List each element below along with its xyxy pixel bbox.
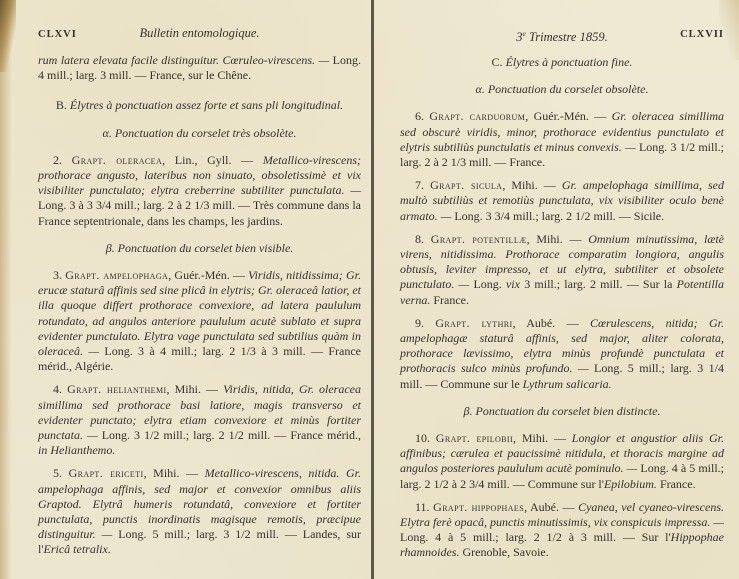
text-segment: , Lin., Gyll. — [162,153,263,167]
text-segment: β. Ponctuation du corselet bien visible. [106,241,294,255]
species-entry: 7. Grapt. sicula, Mihi. — Gr. ampelophag… [400,178,724,224]
text-segment: , Mihi. — [144,466,205,480]
text-segment: Lythrum salicaria. [523,377,612,391]
species-entry: 11. Grapt. hippophaes, Aubé. — Cyanea, v… [400,500,724,561]
text-segment: , Mihi. — [167,382,224,396]
text-segment: Grapt. potentillæ [431,232,527,246]
text-segment: , Aubé. — [513,316,590,330]
text-segment: , Mihi. — [513,431,572,445]
text-segment: 5. [53,466,69,480]
right-page-header: 3e Trimestre 1859. CLXVII [400,26,724,42]
text-segment: in Helianthemo. [38,443,115,457]
text-segment: 11. [415,500,433,514]
text-segment: Grapt. lythri [435,316,512,330]
text-segment: Trimestre 1859. [526,30,608,44]
scan-corner-shadow [0,0,16,72]
text-segment: 7. [415,178,430,192]
text-segment: β. Ponctuation du corselet bien distinct… [464,404,661,418]
right-page-body: C. Élytres à ponctuation fine.α. Ponctua… [400,55,724,561]
left-running-title: Bulletin entomologique. [139,26,259,40]
right-running-title: 3e Trimestre 1859. [516,30,607,44]
text-segment: , Guér.-Mén. — [168,268,248,282]
text-segment: Long. 3 à 3 3/4 mill.; larg. 2 à 2 1/3 m… [38,198,361,227]
species-entry: 8. Grapt. potentillæ, Mihi. — Omnium min… [400,232,724,308]
species-entry: 4. Grapt. helianthemi, Mihi. — Viridis, … [38,382,361,458]
text-segment: Grenoble, Savoie. [459,545,548,559]
scan-corner-tint [719,0,739,60]
text-segment: Grapt. epilobii [436,431,513,445]
left-page: CLXVI Bulletin entomologique. rum latera… [0,0,371,579]
text-segment: 3 mill.; larg. 2 mill. — Sur la [520,277,677,291]
section-heading: C. Élytres à ponctuation fine. [400,55,724,70]
text-segment: 9. [415,316,435,330]
species-entry: 9. Grapt. lythri, Aubé. — Cœrulescens, n… [400,316,724,392]
text-segment: B. [56,98,70,112]
text-segment: , Aubé. — [524,500,578,514]
left-page-header: CLXVI Bulletin entomologique. [38,26,361,42]
text-segment: Grapt. carduorum [429,109,525,123]
text-segment: , Mihi. — [527,232,589,246]
subsection-heading: β. Ponctuation du corselet bien visible. [38,241,361,256]
right-page: 3e Trimestre 1859. CLXVII C. Élytres à p… [374,0,739,579]
subsection-heading: α. Ponctuation du corselet très obsolète… [38,126,361,141]
text-segment: vix [506,277,520,291]
text-segment: Long. 3 1/2 mill.; larg. 2 1/2 mill. — F… [102,428,361,442]
text-segment: , Mihi. — [502,178,562,192]
text-segment: α. Ponctuation du corselet obsolète. [476,82,649,96]
text-segment: 10. [415,431,436,445]
text-segment: 3. [53,268,65,282]
scan-edge-shadow [0,0,12,579]
subsection-heading: α. Ponctuation du corselet obsolète. [400,82,724,97]
text-segment: Grapt. sicula [430,178,502,192]
section-heading: B. Élytres à ponctuation assez forte et … [38,98,361,113]
text-segment: Élytres à ponctuation fine. [506,55,633,69]
species-entry: 10. Grapt. epilobii, Mihi. — Longior et … [400,431,724,492]
text-segment: 6. [415,109,429,123]
text-segment: France. [657,477,696,491]
text-segment: Long. 4 à 5 mill.; larg. 2 1/2 à 3 mill.… [400,530,671,544]
left-page-body: rum latera elevata facile distinguitur. … [38,53,361,558]
text-segment: rum latera elevata facile distinguitur. … [38,53,333,67]
species-entry: 2. Grapt. oleracea, Lin., Gyll. — Metall… [38,153,361,229]
text-segment: 4. [53,382,67,396]
text-segment: C. [492,55,506,69]
text-segment: Grapt. ampelophaga [65,268,168,282]
text-segment: Epilobium. [604,477,657,491]
text-segment: , Guér.-Mén. — [525,109,611,123]
text-segment: Long. [473,277,506,291]
subsection-heading: β. Ponctuation du corselet bien distinct… [400,404,724,419]
text-segment: 8. [415,232,431,246]
text-segment: Grapt. helianthemi [67,382,166,396]
species-entry: 3. Grapt. ampelophaga, Guér.-Mén. — Viri… [38,268,361,374]
continuation-paragraph: rum latera elevata facile distinguitur. … [38,53,361,83]
text-segment: Grapt. hippophaes [433,500,524,514]
right-page-number: CLXVII [680,27,724,42]
book-spread: CLXVI Bulletin entomologique. rum latera… [0,0,739,579]
text-segment: 2. [53,153,72,167]
text-segment: Grapt. ericeti [69,466,144,480]
page-gutter-line [371,0,374,579]
text-segment: Grapt. oleracea [72,153,162,167]
text-segment: α. Ponctuation du corselet très obsolète… [103,126,297,140]
species-entry: 5. Grapt. ericeti, Mihi. — Metallico-vir… [38,466,361,557]
text-segment: France. [430,293,469,307]
left-page-number: CLXVI [38,27,77,42]
text-segment: Long. 3 3/4 mill.; larg. 2 1/2 mill. — S… [454,209,664,223]
species-entry: 6. Grapt. carduorum, Guér.-Mén. — Gr. ol… [400,109,724,170]
text-segment: Élytres à ponctuation assez forte et san… [70,98,343,112]
text-segment: Ericâ tetralix. [44,542,111,556]
